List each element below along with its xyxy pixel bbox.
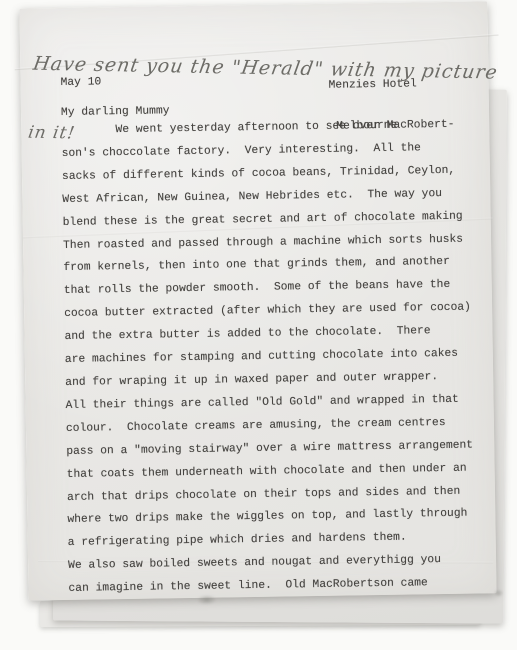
handwritten-note-line2: in it!	[27, 124, 484, 151]
handwritten-note: Have sent you the "Herald" with my pictu…	[13, 4, 503, 198]
handwritten-note-line1: Have sent you the "Herald" with my pictu…	[31, 52, 495, 85]
scanned-letter-photo: Menzies Hotel Melbourne May 10 My darlin…	[0, 0, 517, 650]
